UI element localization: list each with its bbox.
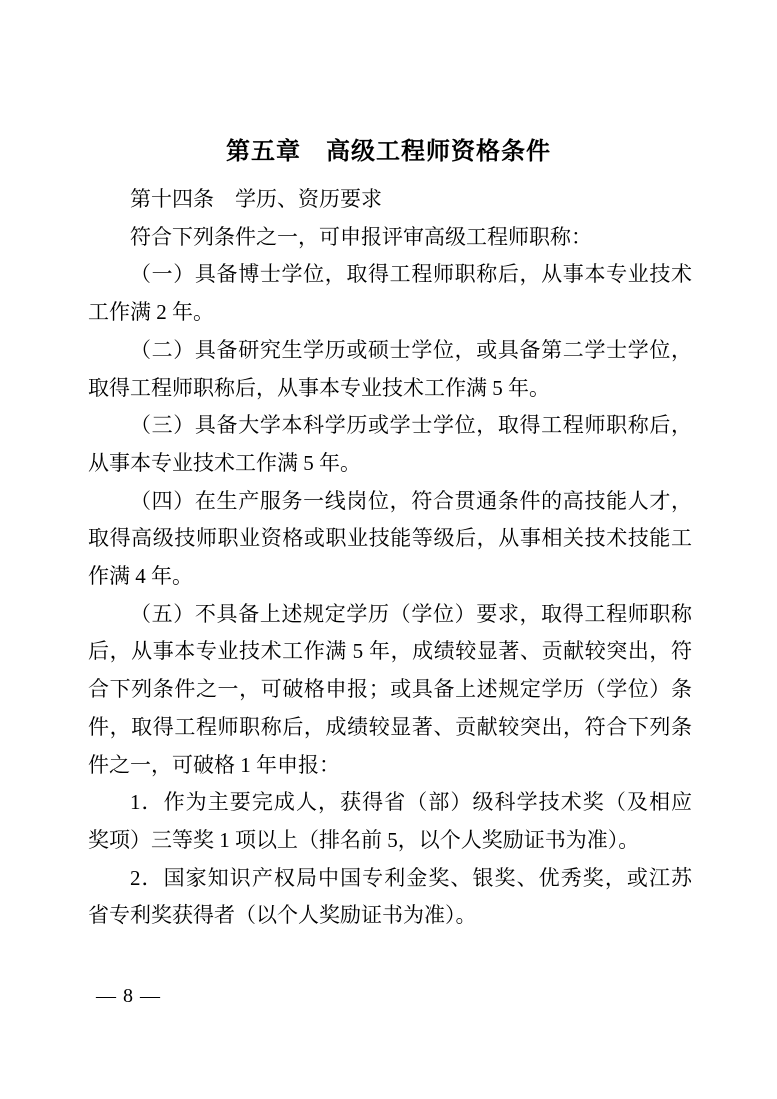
document-line: 工作满 2 年。 [88, 294, 692, 332]
document-line: 件之一，可破格 1 年申报： [88, 747, 692, 785]
document-page: 第五章 高级工程师资格条件 第十四条 学历、资历要求 符合下列条件之一，可申报评… [0, 0, 777, 1099]
document-line: （五）不具备上述规定学历（学位）要求，取得工程师职称 [88, 596, 692, 634]
document-line: 取得高级技师职业资格或职业技能等级后，从事相关技术技能工 [88, 520, 692, 558]
page-number: — 8 — [96, 983, 161, 1009]
document-line: （三）具备大学本科学历或学士学位，取得工程师职称后， [88, 407, 692, 445]
document-line: 1．作为主要完成人，获得省（部）级科学技术奖（及相应 [88, 784, 692, 822]
document-line: 合下列条件之一，可破格申报；或具备上述规定学历（学位）条 [88, 671, 692, 709]
document-line: 第十四条 学历、资历要求 [88, 181, 692, 219]
document-line: （四）在生产服务一线岗位，符合贯通条件的高技能人才， [88, 483, 692, 521]
document-line: 2．国家知识产权局中国专利金奖、银奖、优秀奖，或江苏 [88, 860, 692, 898]
document-line: 省专利奖获得者（以个人奖励证书为准）。 [88, 897, 692, 935]
document-body: 第十四条 学历、资历要求 符合下列条件之一，可申报评审高级工程师职称： （一）具… [88, 181, 692, 935]
document-line: 从事本专业技术工作满 5 年。 [88, 445, 692, 483]
document-line: 奖项）三等奖 1 项以上（排名前 5，以个人奖励证书为准）。 [88, 822, 692, 860]
document-line: 符合下列条件之一，可申报评审高级工程师职称： [88, 219, 692, 257]
document-line: 后，从事本专业技术工作满 5 年，成绩较显著、贡献较突出，符 [88, 633, 692, 671]
document-line: （二）具备研究生学历或硕士学位，或具备第二学士学位， [88, 332, 692, 370]
document-line: 作满 4 年。 [88, 558, 692, 596]
document-line: （一）具备博士学位，取得工程师职称后，从事本专业技术 [88, 256, 692, 294]
chapter-title: 第五章 高级工程师资格条件 [0, 135, 777, 169]
document-line: 件，取得工程师职称后，成绩较显著、贡献较突出，符合下列条 [88, 709, 692, 747]
document-line: 取得工程师职称后，从事本专业技术工作满 5 年。 [88, 370, 692, 408]
